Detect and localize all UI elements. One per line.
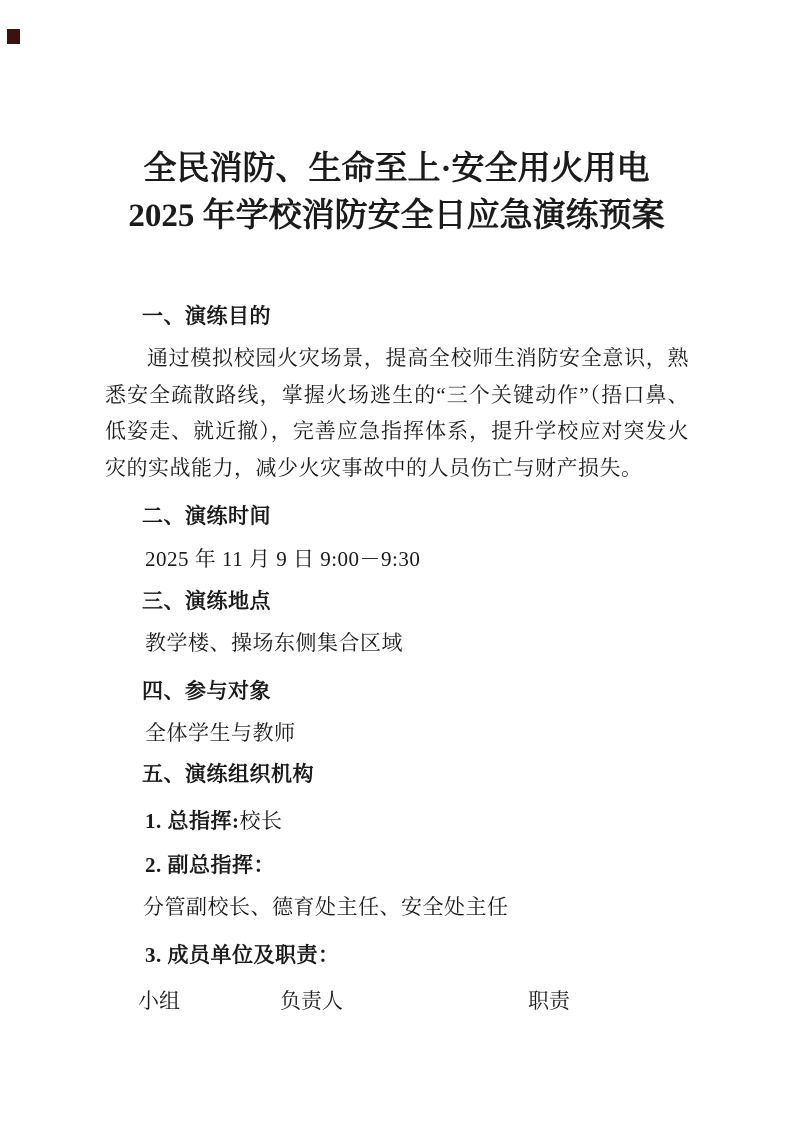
chief-commander-line: 1. 总指挥:校长	[145, 806, 283, 836]
drill-purpose-paragraph: 通过模拟校园火灾场景，提高全校师生消防安全意识，熟悉安全疏散路线，掌握火场逃生的…	[105, 340, 689, 486]
member-units-label: 3. 成员单位及职责：	[145, 940, 340, 970]
document-title: 全民消防、生命至上·安全用火用电 2025 年学校消防安全日应急演练预案	[0, 146, 793, 240]
heading-organization: 五、演练组织机构	[142, 759, 314, 789]
table-header-leader: 负责人	[280, 986, 343, 1016]
drill-time-value: 2025 年 11 月 9 日 9:00－9:30	[145, 544, 420, 574]
table-header-duty: 职责	[528, 986, 570, 1016]
drill-location-value: 教学楼、操场东侧集合区域	[145, 628, 403, 658]
table-header-group: 小组	[138, 986, 180, 1016]
title-line-1: 全民消防、生命至上·安全用火用电	[0, 146, 793, 193]
org-table-header-row: 小组 负责人 职责	[0, 986, 793, 1016]
heading-drill-location: 三、演练地点	[142, 586, 271, 616]
heading-drill-time: 二、演练时间	[142, 501, 271, 531]
deputy-commander-members: 分管副校长、德育处主任、安全处主任	[143, 892, 509, 922]
chief-commander-value: 校长	[240, 809, 283, 833]
deputy-commander-label: 2. 副总指挥：	[145, 850, 275, 880]
title-line-2: 2025 年学校消防安全日应急演练预案	[0, 193, 793, 240]
chief-commander-label: 1. 总指挥:	[145, 809, 240, 833]
corner-mark	[7, 29, 20, 44]
heading-participants: 四、参与对象	[142, 676, 271, 706]
document-page: 全民消防、生命至上·安全用火用电 2025 年学校消防安全日应急演练预案 一、演…	[0, 0, 793, 1122]
heading-drill-purpose: 一、演练目的	[142, 301, 271, 331]
participants-value: 全体学生与教师	[145, 718, 296, 748]
